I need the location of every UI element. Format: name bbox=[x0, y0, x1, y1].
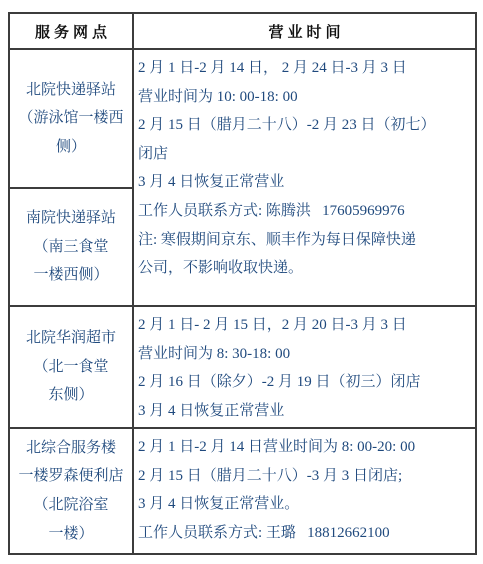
hours-line: 3 月 4 日恢复正常营业。 bbox=[138, 490, 474, 519]
station-line: 一楼罗森便利店 bbox=[18, 462, 123, 491]
hours-line: 公司，不影响收取快递。 bbox=[138, 254, 474, 283]
station-line: 侧） bbox=[56, 133, 86, 162]
station-line: 一楼西侧） bbox=[33, 261, 108, 290]
hours-line: 2 月 15 日（腊月二十八）-2 月 23 日（初七） bbox=[138, 111, 474, 140]
station-line: 北综合服务楼 bbox=[26, 434, 116, 463]
service-hours-table: 服务网点 营业时间 北院快递驿站 （游泳馆一楼西 侧） 南院快递驿站 （南三食堂… bbox=[8, 12, 477, 555]
station-line: （北院浴室 bbox=[33, 491, 108, 520]
station-line: 南院快递驿站 bbox=[26, 204, 116, 233]
hours-line: 营业时间为 8: 30-18: 00 bbox=[138, 340, 474, 369]
hours-line: 工作人员联系方式: 陈腾洪 17605969976 bbox=[138, 197, 474, 226]
hours-line: 2 月 1 日-2 月 14 日营业时间为 8: 00-20: 00 bbox=[138, 433, 474, 462]
hours-line: 工作人员联系方式: 王璐 18812662100 bbox=[138, 519, 474, 548]
station-cell-crv-supermarket: 北院华润超市 （北一食堂 东侧） bbox=[10, 307, 134, 429]
hours-line: 2 月 15 日（腊月二十八）-3 月 3 日闭店; bbox=[138, 462, 474, 491]
station-line: 北院华润超市 bbox=[26, 324, 116, 353]
station-line: （游泳馆一楼西 bbox=[18, 104, 123, 133]
header-business-hours: 营业时间 bbox=[134, 14, 475, 50]
hours-line: 3 月 4 日恢复正常营业 bbox=[138, 397, 474, 426]
station-cell-south-courier: 南院快递驿站 （南三食堂 一楼西侧） bbox=[10, 189, 134, 307]
hours-line: 注: 寒假期间京东、顺丰作为每日保障快递 bbox=[138, 226, 474, 255]
station-line: （北一食堂 bbox=[33, 353, 108, 382]
station-line: 东侧） bbox=[48, 381, 93, 410]
station-cell-lawson-store: 北综合服务楼 一楼罗森便利店 （北院浴室 一楼） bbox=[10, 429, 134, 553]
hours-cell-crv-supermarket: 2 月 1 日- 2 月 15 日，2 月 20 日-3 月 3 日 营业时间为… bbox=[134, 307, 475, 429]
station-line: （南三食堂 bbox=[33, 233, 108, 262]
hours-line: 2 月 1 日- 2 月 15 日，2 月 20 日-3 月 3 日 bbox=[138, 311, 474, 340]
header-service-station: 服务网点 bbox=[10, 14, 134, 50]
hours-line: 2 月 16 日（除夕）-2 月 19 日（初三）闭店 bbox=[138, 368, 474, 397]
service-hours-notice: 服务网点 营业时间 北院快递驿站 （游泳馆一楼西 侧） 南院快递驿站 （南三食堂… bbox=[0, 0, 483, 564]
station-line: 一楼） bbox=[48, 520, 93, 549]
hours-line: 闭店 bbox=[138, 140, 474, 169]
station-cell-north-courier: 北院快递驿站 （游泳馆一楼西 侧） bbox=[10, 50, 134, 189]
hours-line: 营业时间为 10: 00-18: 00 bbox=[138, 83, 474, 112]
hours-line: 3 月 4 日恢复正常营业 bbox=[138, 168, 474, 197]
station-line: 北院快递驿站 bbox=[26, 76, 116, 105]
hours-cell-lawson-store: 2 月 1 日-2 月 14 日营业时间为 8: 00-20: 00 2 月 1… bbox=[134, 429, 475, 553]
hours-cell-courier-stations: 2 月 1 日-2 月 14 日， 2 月 24 日-3 月 3 日 营业时间为… bbox=[134, 50, 475, 307]
hours-line: 2 月 1 日-2 月 14 日， 2 月 24 日-3 月 3 日 bbox=[138, 54, 474, 83]
